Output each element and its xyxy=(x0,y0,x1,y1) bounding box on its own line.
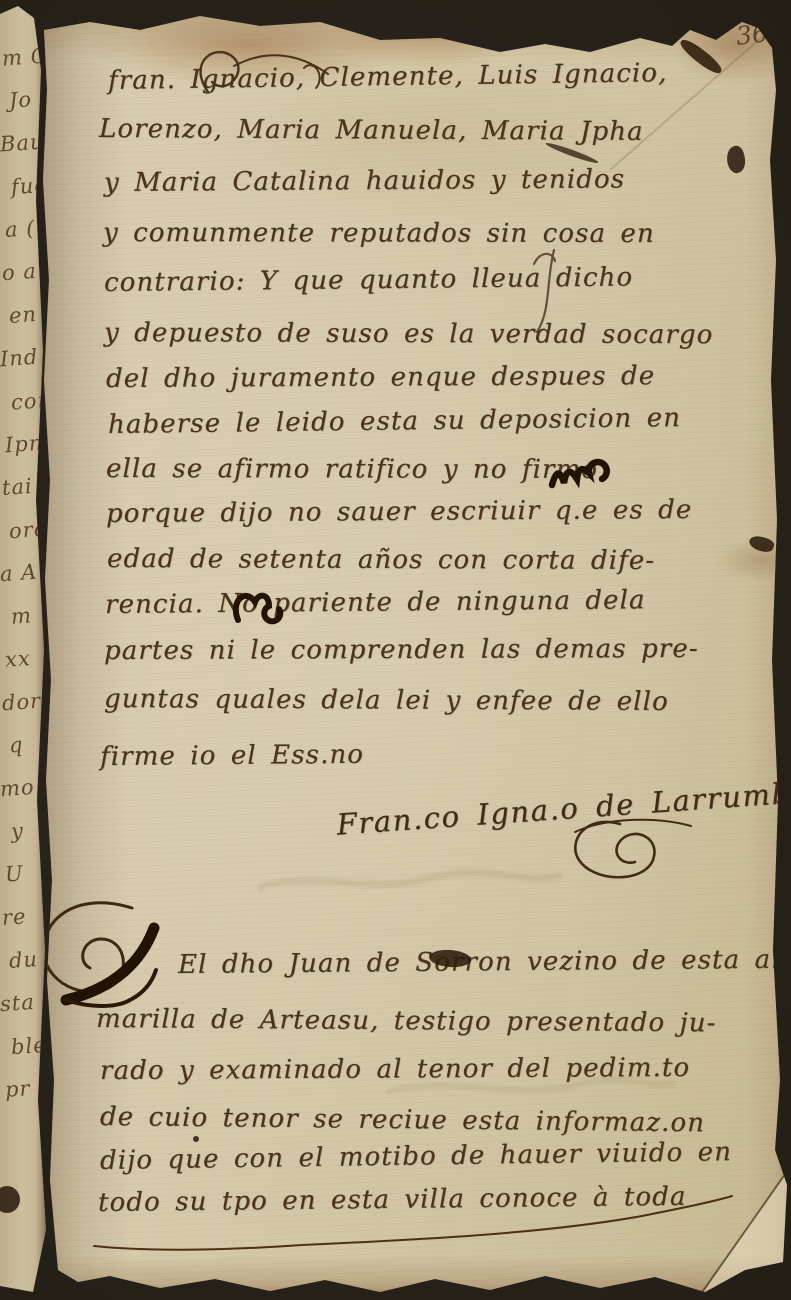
manuscript-line: marilla de Arteasu, testigo presentado j… xyxy=(96,1004,717,1038)
signature-rubric-icon xyxy=(565,812,705,892)
manuscript-line: haberse le leido esta su deposicion en xyxy=(108,403,681,440)
dog-ear-fold xyxy=(688,1148,791,1300)
manuscript-line: El dho Juan de Sorron vezino de esta anm… xyxy=(178,944,791,980)
previous-page-edge: m OJoBaufuea (o aenIndcomIpntaioroa Amxx… xyxy=(0,0,50,1300)
manuscript-line: ella se afirmo ratifico y no firmo xyxy=(106,454,598,485)
manuscript-line: de cuio tenor se reciue esta informaz.on xyxy=(100,1102,705,1138)
document-scan: m OJoBaufuea (o aenIndcomIpntaioroa Amxx… xyxy=(0,0,791,1300)
margin-fragment: dor xyxy=(1,689,42,716)
margin-fragment: sta xyxy=(0,990,36,1016)
margin-fragment: a ( xyxy=(4,216,36,242)
manuscript-line: del dho juramento enque despues de xyxy=(106,361,655,394)
margin-fragment: fue xyxy=(10,173,48,200)
margin-fragment: com xyxy=(10,387,50,414)
manuscript-line: rado y examinado al tenor del pedim.to xyxy=(100,1053,690,1086)
margin-fragment: du xyxy=(8,947,39,973)
margin-fragment: a A xyxy=(0,560,38,587)
margin-fragment: Ipn xyxy=(4,431,44,458)
margin-fragment: y xyxy=(10,819,25,844)
manuscript-line: y comunmente reputados sin cosa en xyxy=(103,218,655,249)
bottom-flourish-line xyxy=(82,1182,742,1260)
margin-fragment: q xyxy=(8,733,24,758)
manuscript-line: partes ni le comprenden las demas pre- xyxy=(104,634,699,666)
heavy-ink-no xyxy=(546,455,608,499)
ink-blot xyxy=(748,534,776,554)
margin-fragment: oro xyxy=(8,517,48,544)
manuscript-line: y Maria Catalina hauidos y tenidos xyxy=(104,164,625,198)
margin-fragment: pr xyxy=(4,1076,31,1102)
manuscript-line: dijo que con el motibo de hauer viuido e… xyxy=(100,1137,732,1176)
manuscript-line: fran. Ignacio, Clemente, Luis Ignacio, xyxy=(108,58,668,96)
manuscript-line: guntas quales dela lei y enfee de ello xyxy=(104,684,669,717)
margin-fragment: Jo xyxy=(8,87,33,113)
manuscript-page: + 36 fran. Ignacio, Clemente, Luis Ignac… xyxy=(0,0,791,1300)
ink-blot xyxy=(193,1136,199,1142)
corner-mark: + xyxy=(739,0,771,21)
manuscript-line: porque dijo no sauer escriuir q.e es de xyxy=(106,495,693,529)
margin-fragment: en xyxy=(8,302,38,328)
margin-fragment: ble xyxy=(10,1033,47,1059)
margin-fragment: m O xyxy=(1,43,49,70)
manuscript-line: rencia. No pariente de ninguna dela xyxy=(105,585,646,620)
margin-fragment: Bau xyxy=(0,129,45,156)
manuscript-line: y depuesto de suso es la verdad socargo xyxy=(104,318,714,350)
heavy-ink-no2 xyxy=(228,584,286,632)
margin-fragment: U xyxy=(4,861,24,886)
margin-fragment: xx xyxy=(4,646,31,672)
margin-fragment: m xyxy=(10,603,33,628)
manuscript-line: edad de setenta años con corta dife- xyxy=(107,544,655,576)
margin-fragment: Ind xyxy=(0,345,39,372)
show-through-mark xyxy=(250,848,570,908)
initial-flourish-icon xyxy=(32,890,202,1022)
margin-fragment: re xyxy=(1,904,27,930)
margin-fragment: mo xyxy=(0,775,35,801)
signature-name: Fran.co Igna.o de Larrumbide xyxy=(335,772,791,841)
margin-fragment: o a xyxy=(1,259,37,285)
margin-fragment: tai xyxy=(1,474,33,500)
y-flourish-icon xyxy=(524,244,568,336)
manuscript-line: Lorenzo, Maria Manuela, Maria Jpha xyxy=(99,114,644,147)
manuscript-line: firme io el Ess.no xyxy=(100,740,364,772)
